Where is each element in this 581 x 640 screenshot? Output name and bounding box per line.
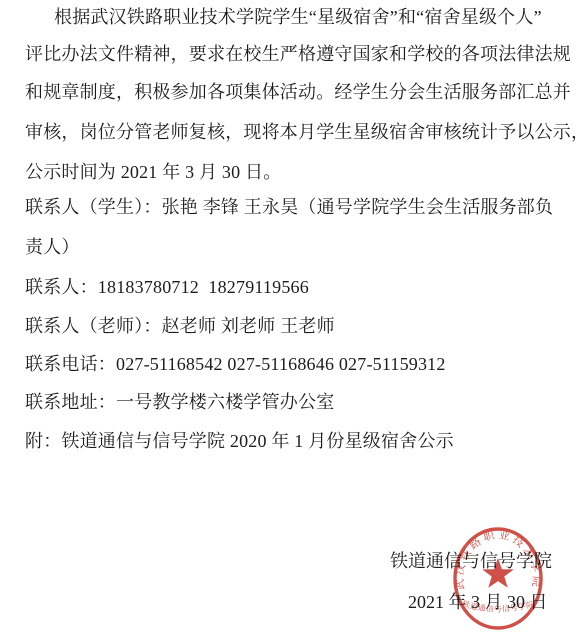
body-line: 审核，岗位分管老师复核，现将本月学生星级宿舍审核统计予以公示，: [25, 119, 581, 145]
body-line: 评比办法文件精神，要求在校生严格遵守国家和学校的各项法律法规: [25, 41, 571, 67]
contact-phone-office-line: 联系电话：027-51168542 027-51168646 027-51159…: [25, 351, 446, 377]
signature-date: 2021 年 3 月 30 日: [408, 589, 548, 615]
contact-students-line-wrap: 责人）: [25, 234, 80, 260]
attachment-line: 附：铁道通信与信号学院 2020 年 1 月份星级宿舍公示: [25, 428, 454, 454]
signature-organization: 铁道通信与信号学院: [390, 548, 552, 574]
contact-address-line: 联系地址：一号教学楼六楼学管办公室: [25, 389, 334, 415]
contact-teachers-line: 联系人（老师）：赵老师 刘老师 王老师: [25, 313, 335, 339]
body-line: 根据武汉铁路职业技术学院学生“星级宿舍”和“宿舍星级个人”: [25, 4, 542, 30]
body-line: 和规章制度，积极参加各项集体活动。经学生分会生活服务部汇总并: [25, 79, 571, 105]
contact-students-line: 联系人（学生）：张艳 李锋 王永昊（通号学院学生会生活服务部负: [25, 194, 553, 220]
notice-document: 根据武汉铁路职业技术学院学生“星级宿舍”和“宿舍星级个人” 评比办法文件精神，要…: [0, 0, 581, 640]
contact-phone-students-line: 联系人：18183780712 18279119566: [25, 274, 309, 300]
body-line: 公示时间为 2021 年 3 月 30 日。: [25, 159, 281, 185]
